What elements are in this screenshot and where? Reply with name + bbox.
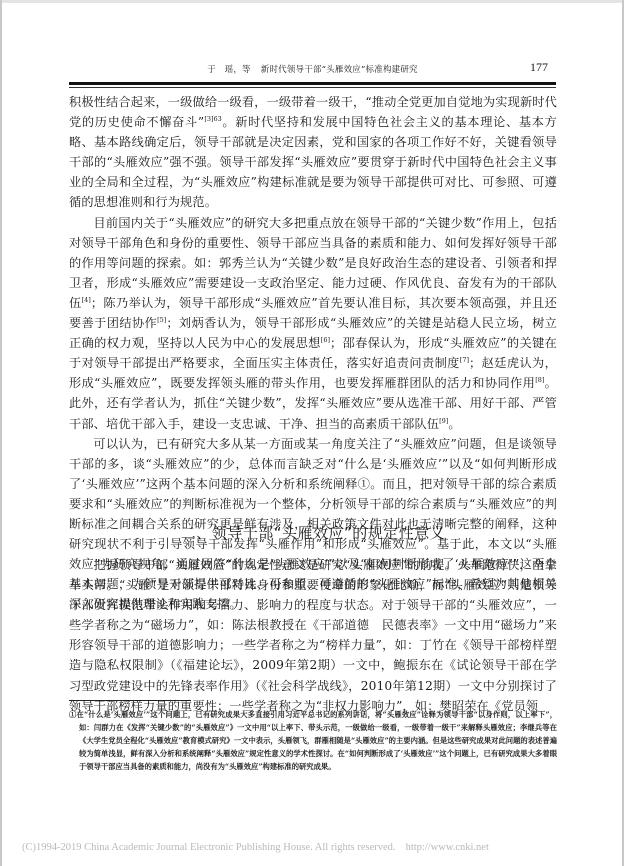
footnote-text: 在“什么是‘头雁效应’”这个问题上，已有研究成果大多直接引用习近平总书记的系列讲… (77, 710, 558, 771)
page-number: 177 (530, 60, 548, 75)
running-head-authors: 于 瑶，等 (207, 65, 251, 75)
running-head-title: 于 瑶，等新时代领导干部“头雁效应”标准构建研究 (69, 63, 556, 75)
header-rule-thick (69, 82, 556, 85)
paragraph-text: 。 (448, 417, 460, 431)
paragraph: 把握领导干部“头雁效应”的规定性意义是研究“头雁效应”的前提。火车跑得快，全靠车… (69, 555, 557, 716)
footnote: ①在“什么是‘头雁效应’”这个问题上，已有研究成果大多直接引用习近平总书记的系列… (69, 708, 557, 773)
section-heading: 二、领导干部“头雁效应”的规定性意义 (69, 522, 557, 543)
cnki-link[interactable]: http://www.cnki.net (406, 842, 489, 853)
paragraph: 目前国内关于“头雁效应”的研究大多把重点放在领导干部的“关键少数”作用上，包括对… (69, 213, 557, 434)
paragraph: 积极性结合起来，一级做给一级看，一级带着一级干，“推动全党更加自觉地为实现新时代… (69, 92, 557, 213)
running-head: 于 瑶，等新时代领导干部“头雁效应”标准构建研究 177 (69, 60, 556, 80)
citation-reference[interactable]: [7] (460, 356, 469, 364)
citation-reference[interactable]: [3]63 (204, 115, 221, 123)
copyright-text: (C)1994-2019 China Academic Journal Elec… (22, 842, 396, 853)
citation-reference[interactable]: [5] (157, 316, 166, 324)
citation-reference[interactable]: [9] (439, 417, 448, 425)
citation-reference[interactable]: [4] (82, 296, 91, 304)
footnote-marker: ① (69, 710, 77, 719)
copyright-notice: (C)1994-2019 China Academic Journal Elec… (22, 842, 489, 853)
running-head-article-title: 新时代领导干部“头雁效应”标准构建研究 (261, 65, 418, 75)
paragraph-text: 。新时代坚持和发展中国特色社会主义的基本理论、基本方略、基本路线确定后，领导干部… (69, 115, 557, 209)
page-border-left (0, 0, 2, 866)
footnote-divider (69, 700, 191, 701)
header-rule-thin (69, 87, 556, 88)
page-top-edge (0, 0, 624, 3)
body-text-section-2: 把握领导干部“头雁效应”的规定性意义是研究“头雁效应”的前提。火车跑得快，全靠车… (69, 555, 557, 716)
citation-reference[interactable]: [6] (321, 336, 330, 344)
